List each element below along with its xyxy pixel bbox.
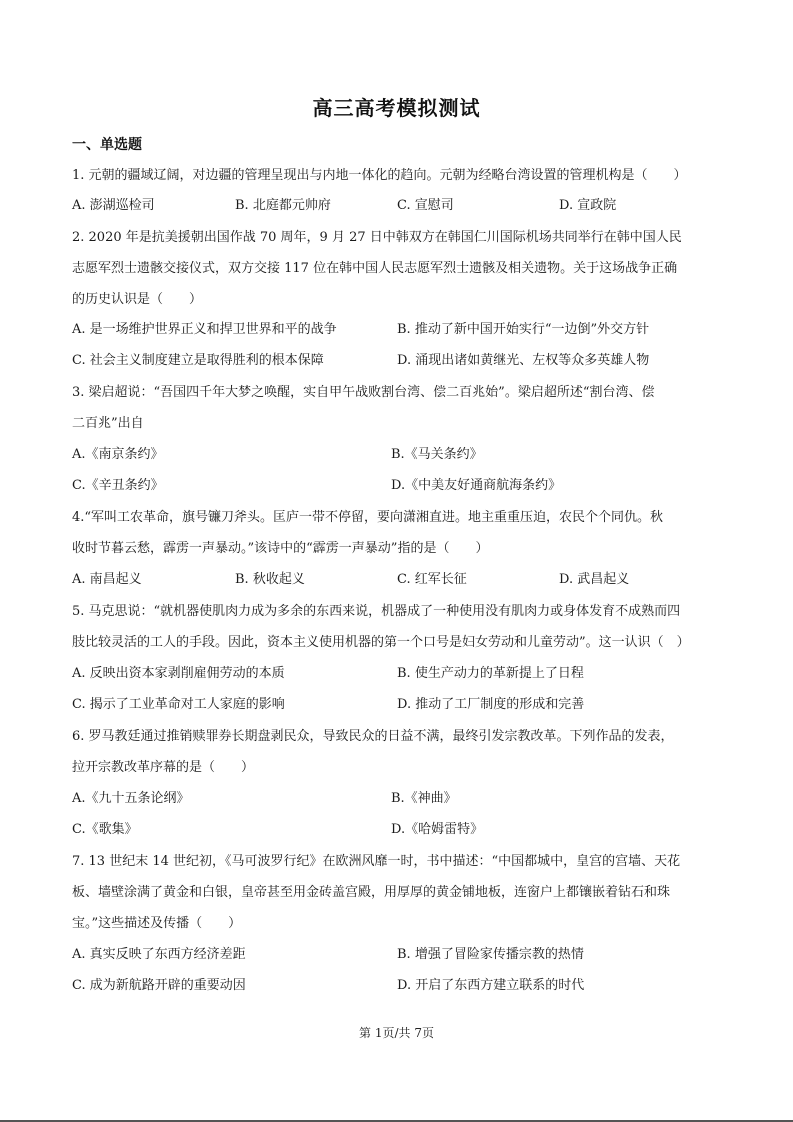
option-c: C. 宣慰司 — [397, 197, 454, 215]
question-text: 宝。”这些描述及传播（ ） — [72, 915, 732, 933]
question-text: 拉开宗教改革序幕的是（ ） — [72, 759, 732, 777]
option-c: C. 成为新航路开辟的重要动因 — [72, 977, 246, 995]
option-a: A. 澎湖巡检司 — [72, 197, 155, 215]
page-title: 高三高考模拟测试 — [0, 92, 793, 121]
question-text: 6. 罗马教廷通过推销赎罪券长期盘剥民众，导致民众的日益不满，最终引发宗教改革。… — [72, 728, 732, 746]
option-b: B. 使生产动力的革新提上了日程 — [397, 665, 584, 683]
option-b: B. 推动了新中国开始实行“一边倒”外交方针 — [397, 321, 649, 339]
option-a: A. 反映出资本家剥削雇佣劳动的本质 — [72, 665, 285, 683]
question-text: 板、墙壁涂满了黄金和白银，皇帝甚至用金砖盖宫殿，用厚厚的黄金铺地板，连窗户上都镶… — [72, 884, 732, 902]
option-b: B.《马关条约》 — [391, 446, 483, 464]
option-d: D. 武昌起义 — [559, 571, 629, 589]
option-d: D.《哈姆雷特》 — [391, 821, 483, 839]
question-text: 4.“军叫工农革命，旗号镰刀斧头。匡庐一带不停留，要向潇湘直进。地主重重压迫，农… — [72, 509, 732, 527]
question-text: 收时节暮云愁，霹雳一声暴动。”该诗中的“霹雳一声暴动”指的是（ ） — [72, 540, 732, 558]
option-c: C.《歌集》 — [72, 821, 138, 839]
option-d: D. 推动了工厂制度的形成和完善 — [397, 696, 584, 714]
option-c: C.《辛丑条约》 — [72, 477, 164, 495]
question-text: 志愿军烈士遗骸交接仪式，双方交接 117 位在韩中国人民志愿军烈士遗骸及相关遗物… — [72, 260, 732, 278]
option-d: D.《中美友好通商航海条约》 — [391, 477, 561, 495]
question-text: 2. 2020 年是抗美援朝出国作战 70 周年，9 月 27 日中韩双方在韩国… — [72, 229, 732, 247]
page-footer: 第 1页/共 7页 — [0, 1024, 793, 1041]
option-a: A. 是一场维护世界正义和捍卫世界和平的战争 — [72, 321, 337, 339]
question-text: 5. 马克思说：“就机器使肌肉力成为多余的东西来说，机器成了一种使用没有肌肉力或… — [72, 603, 732, 621]
option-c: C. 揭示了工业革命对工人家庭的影响 — [72, 696, 285, 714]
question-text: 二百兆”出自 — [72, 415, 732, 433]
option-b: B. 增强了冒险家传播宗教的热情 — [397, 946, 584, 964]
option-d: D. 涌现出诸如黄继光、左权等众多英雄人物 — [397, 352, 649, 370]
question-text: 1. 元朝的疆域辽阔，对边疆的管理呈现出与内地一体化的趋向。元朝为经略台湾设置的… — [72, 167, 732, 185]
option-b: B. 秋收起义 — [235, 571, 305, 589]
option-a: A. 南昌起义 — [72, 571, 142, 589]
option-a: A. 真实反映了东西方经济差距 — [72, 946, 246, 964]
option-b: B.《神曲》 — [391, 790, 457, 808]
option-c: C. 社会主义制度建立是取得胜利的根本保障 — [72, 352, 324, 370]
option-d: D. 宣政院 — [559, 197, 616, 215]
question-text: 肢比较灵活的工人的手段。因此，资本主义使用机器的第一个口号是妇女劳动和儿童劳动”… — [72, 634, 732, 652]
option-c: C. 红军长征 — [397, 571, 467, 589]
option-b: B. 北庭都元帅府 — [235, 197, 331, 215]
section-heading: 一、单选题 — [72, 134, 142, 154]
question-text: 7. 13 世纪末 14 世纪初，《马可波罗行纪》在欧洲风靡一时，书中描述：“中… — [72, 853, 732, 871]
option-d: D. 开启了东西方建立联系的时代 — [397, 977, 584, 995]
question-text: 的历史认识是（ ） — [72, 291, 732, 309]
question-text: 3. 梁启超说：“吾国四千年大梦之唤醒，实自甲午战败割台湾、偿二百兆始”。梁启超… — [72, 384, 732, 402]
option-a: A.《九十五条论纲》 — [72, 790, 190, 808]
option-a: A.《南京条约》 — [72, 446, 164, 464]
